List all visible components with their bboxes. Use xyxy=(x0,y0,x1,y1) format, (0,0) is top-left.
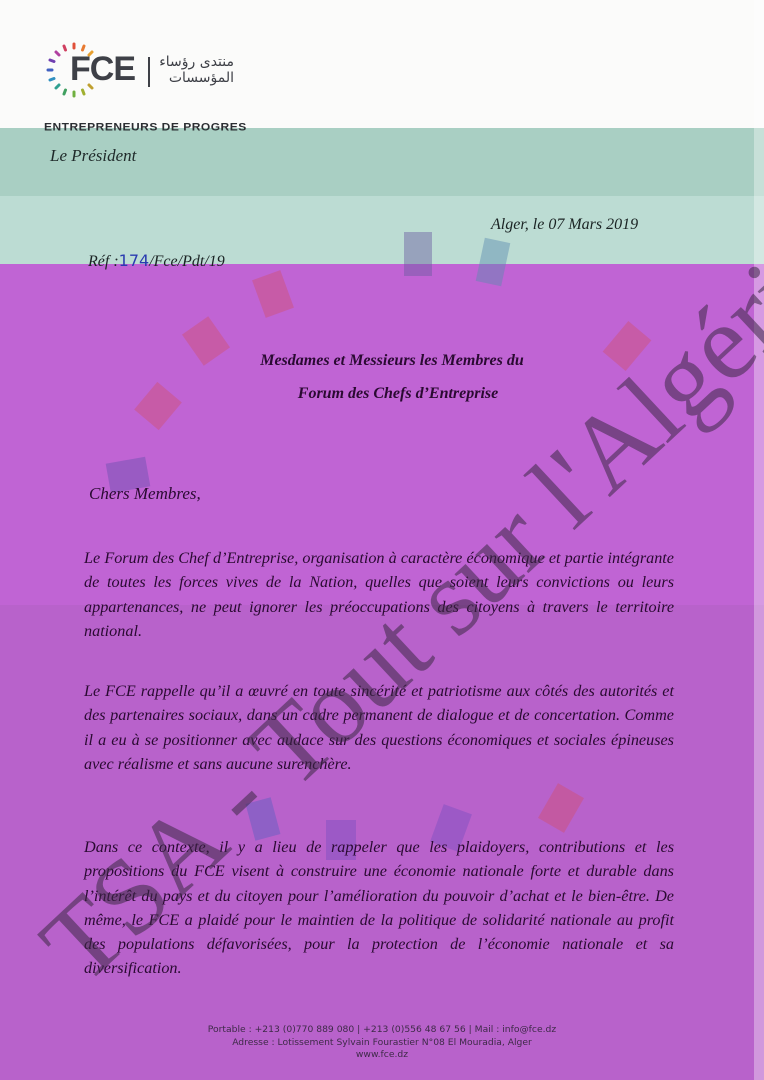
ref-suffix: /Fce/Pdt/19 xyxy=(149,253,225,270)
footer-website: www.fce.dz xyxy=(0,1049,764,1062)
paragraph-3: Dans ce contexte, il y a lieu de rappele… xyxy=(84,835,674,981)
decorative-square xyxy=(404,232,432,276)
footer-address: Adresse : Lotissement Sylvain Fourastier… xyxy=(0,1037,764,1050)
logo-arabic: منتدى رؤساء المؤسسات xyxy=(158,54,234,86)
paragraph-1: Le Forum des Chef d’Entreprise, organisa… xyxy=(84,546,674,643)
place-date: Alger, le 07 Mars 2019 xyxy=(491,216,638,234)
ref-number-handwritten: 174 xyxy=(119,251,150,270)
footer-contact: Portable : +213 (0)770 889 080 | +213 (0… xyxy=(0,1024,764,1062)
reference: Réf :174/Fce/Pdt/19 xyxy=(88,251,225,271)
paragraph-2: Le FCE rappelle qu’il a œuvré en toute s… xyxy=(84,679,674,776)
fce-logo: FCE منتدى رؤساء المؤسسات xyxy=(44,40,234,100)
logo-divider xyxy=(148,57,150,87)
addressee-line2: Forum des Chefs d’Entreprise xyxy=(0,385,764,403)
logo-arabic-line2: المؤسسات xyxy=(158,70,234,86)
logo-arabic-line1: منتدى رؤساء xyxy=(158,54,234,70)
greeting: Chers Membres, xyxy=(89,484,201,504)
ref-label: Réf : xyxy=(88,253,119,270)
footer-phone-mail: Portable : +213 (0)770 889 080 | +213 (0… xyxy=(0,1024,764,1037)
sender-title: Le Président xyxy=(50,146,136,166)
logo-wordmark: FCE xyxy=(70,50,135,89)
tagline: ENTREPRENEURS DE PROGRES xyxy=(44,121,247,134)
addressee-line1: Mesdames et Messieurs les Membres du xyxy=(0,352,764,370)
page-edge xyxy=(754,0,764,1080)
